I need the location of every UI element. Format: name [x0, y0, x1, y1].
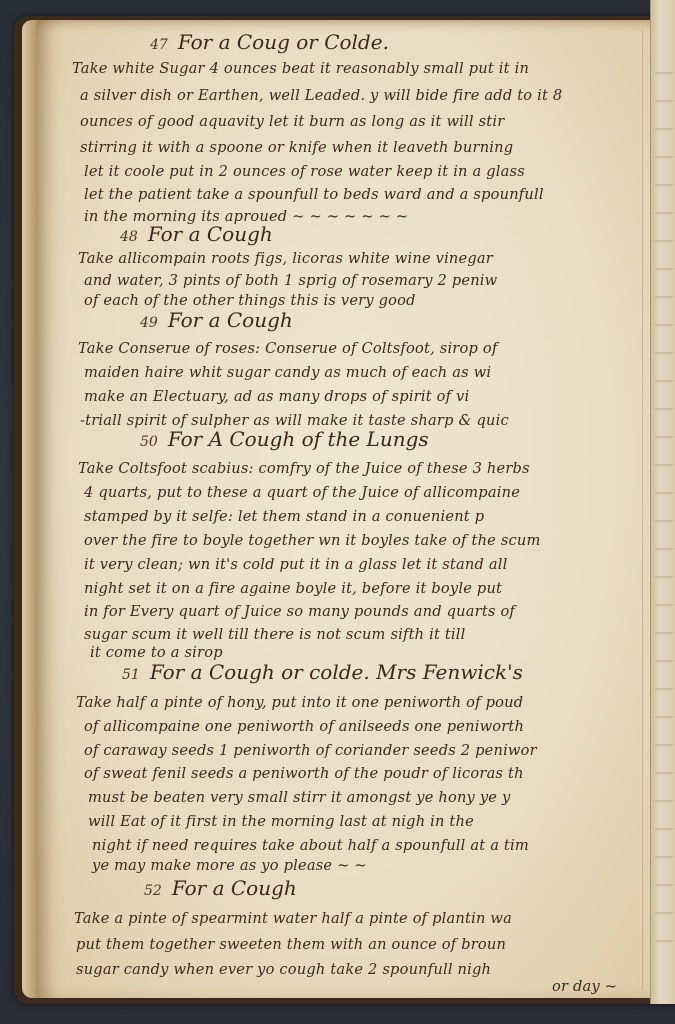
recipe-line: let the patient take a spounfull to beds… — [84, 186, 544, 203]
recipe-line: make an Electuary, ad as many drops of s… — [84, 388, 469, 405]
recipe-line: ye may make more as yo please ~ ~ — [92, 857, 367, 874]
recipe-number: 50 — [140, 434, 158, 450]
recipe-line: sugar candy when ever yo cough take 2 sp… — [76, 961, 491, 978]
recipe-line: of allicompaine one peniworth of anilsee… — [84, 718, 524, 735]
recipe-number: 49 — [140, 315, 158, 331]
recipe-line: will Eat of it first in the morning last… — [88, 813, 474, 830]
recipe-title: For a Cough — [172, 876, 297, 900]
recipe-line: in for Every quart of Juice so many poun… — [84, 603, 515, 620]
recipe-number: 51 — [122, 667, 140, 683]
recipe-heading: 51For a Cough or colde. Mrs Fenwick's — [122, 660, 523, 684]
recipe-line: ounces of good aquavity let it burn as l… — [80, 113, 504, 130]
recipe-number: 48 — [120, 229, 138, 245]
recipe-heading: 48For a Cough — [120, 222, 273, 246]
recipe-heading: 50For A Cough of the Lungs — [140, 427, 429, 451]
recipe-title: For A Cough of the Lungs — [168, 427, 429, 451]
recipe-line: night set it on a fire againe boyle it, … — [84, 580, 502, 597]
recipe-title: For a Cough — [168, 308, 293, 332]
recipe-line: stamped by it selfe: let them stand in a… — [84, 508, 484, 525]
manuscript-text: 47For a Coug or Colde. Take white Sugar … — [0, 0, 675, 1024]
recipe-line: of caraway seeds 1 peniworth of coriande… — [84, 742, 537, 759]
recipe-line: Take a pinte of spearmint water half a p… — [74, 910, 512, 927]
recipe-line: night if need requires take about half a… — [92, 837, 529, 854]
recipe-line: Take allicompain roots figs, licoras whi… — [78, 250, 493, 267]
recipe-title: For a Cough or colde. Mrs Fenwick's — [150, 660, 523, 684]
recipe-number: 52 — [144, 883, 162, 899]
recipe-line: of each of the other things this is very… — [84, 292, 416, 309]
recipe-line: Take white Sugar 4 ounces beat it reason… — [72, 60, 529, 77]
recipe-title: For a Coug or Colde. — [178, 30, 389, 54]
recipe-line: 4 quarts, put to these a quart of the Ju… — [84, 484, 520, 501]
recipe-line: let it coole put in 2 ounces of rose wat… — [84, 163, 525, 180]
recipe-line: it very clean; wn it's cold put it in a … — [84, 556, 508, 573]
recipe-line: stirring it with a spoone or knife when … — [80, 139, 513, 156]
recipe-heading: 52For a Cough — [144, 876, 297, 900]
recipe-title: For a Cough — [148, 222, 273, 246]
recipe-line: and water, 3 pints of both 1 sprig of ro… — [84, 272, 497, 289]
recipe-number: 47 — [150, 37, 168, 53]
recipe-line: Take Conserue of roses: Conserue of Colt… — [78, 340, 497, 357]
recipe-line: must be beaten very small stirr it among… — [88, 789, 510, 806]
recipe-line: over the fire to boyle together wn it bo… — [84, 532, 541, 549]
recipe-line: a silver dish or Earthen, well Leaded. y… — [80, 87, 562, 104]
recipe-line: sugar scum it well till there is not scu… — [84, 626, 466, 643]
recipe-line: maiden haire whit sugar candy as much of… — [84, 364, 491, 381]
recipe-heading: 49For a Cough — [140, 308, 293, 332]
recipe-line: put them together sweeten them with an o… — [76, 936, 506, 953]
recipe-line: Take Coltsfoot scabius: comfry of the Ju… — [78, 460, 530, 477]
recipe-line: Take half a pinte of hony, put into it o… — [76, 694, 523, 711]
recipe-heading: 47For a Coug or Colde. — [150, 30, 389, 54]
recipe-line: or day ~ — [552, 978, 617, 995]
recipe-line: of sweat fenil seeds a peniworth of the … — [84, 765, 524, 782]
recipe-line: it come to a sirop — [90, 644, 223, 661]
